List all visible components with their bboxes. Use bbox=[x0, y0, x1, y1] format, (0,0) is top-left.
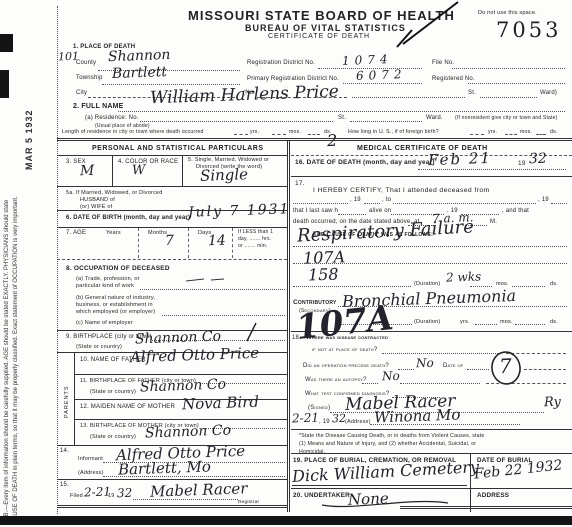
board-title: MISSOURI STATE BOARD OF HEALTH bbox=[188, 8, 455, 23]
bureau-title: BUREAU OF VITAL STATISTICS bbox=[245, 23, 406, 33]
township-value: Bartlett bbox=[112, 64, 167, 82]
autopsy-label: Was there an autopsy? bbox=[305, 377, 367, 383]
full-name-label: 2. FULL NAME bbox=[73, 103, 124, 110]
handwritten-2-mark: 2 bbox=[327, 131, 338, 150]
scan-artifact bbox=[0, 34, 13, 52]
contrib-yrs-label: yrs. bbox=[460, 319, 470, 325]
file-no-label: File No. bbox=[432, 60, 454, 66]
age-less-label-2: day, ....... hrs. bbox=[238, 236, 271, 242]
county-value: Shannon bbox=[108, 47, 171, 65]
certificate-number: 7053 bbox=[496, 18, 561, 42]
form-left-border bbox=[57, 6, 58, 514]
section-divider bbox=[57, 138, 572, 141]
burial-line bbox=[292, 485, 467, 486]
bottom-right-rule bbox=[400, 506, 572, 509]
age-label: 7. AGE bbox=[66, 230, 86, 236]
certify-and-that: , and that bbox=[502, 208, 529, 214]
column-divider bbox=[287, 140, 290, 512]
row-rule bbox=[57, 259, 287, 260]
marital-label-1: 5. Single, Married, Widowed or bbox=[188, 157, 269, 163]
mother-birthplace-state-label: (State or country) bbox=[90, 434, 136, 440]
scan-artifact bbox=[0, 70, 9, 98]
ds-line bbox=[308, 134, 320, 135]
informant-address-value: Bartlett, Mo bbox=[118, 457, 211, 478]
received-date-stamp: MAR 5 1932 bbox=[24, 109, 34, 170]
age-col-sep bbox=[232, 228, 233, 258]
residence-ward-label: Ward. bbox=[426, 115, 443, 121]
father-birthplace-value: Shannon Co bbox=[140, 377, 227, 396]
row-rule bbox=[57, 227, 287, 228]
certify-year2: , 19 bbox=[538, 197, 549, 203]
contrib-mos-label: mos. bbox=[500, 319, 513, 325]
contrib-duration-label: (Duration) bbox=[414, 319, 440, 325]
death-certificate-document: N. B.—Every item of information should b… bbox=[0, 0, 572, 527]
mother-birthplace-value: Shannon Co bbox=[145, 423, 232, 442]
date-of-line2 bbox=[524, 369, 566, 370]
age-months-value: 7 bbox=[165, 233, 174, 249]
yrs-line bbox=[234, 134, 248, 135]
color-race-label: 4. COLOR OR RACE bbox=[118, 159, 178, 165]
contrib-duration-line3 bbox=[515, 324, 545, 325]
registered-no-label: Registered No. bbox=[432, 76, 475, 82]
registered-no-line bbox=[468, 83, 565, 84]
certify-to: , to bbox=[382, 197, 391, 203]
county-label: County bbox=[76, 60, 96, 66]
age-less-label-1: If LESS than 1 bbox=[238, 229, 273, 235]
undertaker-label: 20. UNDERTAKER bbox=[293, 492, 350, 499]
occupation-a1: (a) Trade, profession, or bbox=[76, 276, 140, 282]
age-col-sep bbox=[138, 228, 139, 258]
mos-label: mos. bbox=[289, 129, 301, 135]
sign-address-line bbox=[370, 424, 520, 425]
occupation-a2: particular kind of work bbox=[76, 283, 134, 289]
filed-year-prefix: 19 bbox=[108, 493, 115, 499]
col-sep bbox=[112, 156, 113, 186]
duration-label: (Duration) bbox=[414, 281, 440, 287]
parents-label: PARENTS bbox=[64, 385, 70, 418]
mother-name-label: 12. MAIDEN NAME OF MOTHER bbox=[80, 404, 175, 410]
autopsy-line2 bbox=[400, 383, 480, 384]
duration-ds-label: ds. bbox=[550, 281, 558, 287]
signature-flourish: Ry bbox=[544, 395, 561, 411]
mother-name-value: Nova Bird bbox=[182, 393, 260, 414]
residence-street-line bbox=[350, 121, 422, 122]
certify-line bbox=[338, 214, 366, 215]
certify-statement: I HEREBY CERTIFY, That I attended deceas… bbox=[313, 187, 490, 194]
age-years-label: Years bbox=[106, 230, 121, 236]
street-line bbox=[352, 97, 465, 98]
yrs2-line bbox=[470, 134, 484, 135]
date-of-birth-label: 6. DATE OF BIRTH (month, day and year) bbox=[66, 215, 190, 221]
age-col-sep bbox=[188, 228, 189, 258]
length-of-residence-label: Length of residence in city or town wher… bbox=[62, 129, 204, 135]
date-of-line bbox=[467, 369, 489, 370]
left-header-rule bbox=[57, 155, 287, 156]
duration-value: 2 wks bbox=[446, 269, 482, 284]
nonresident-note: (If nonresident give city or town and St… bbox=[455, 115, 557, 121]
row-rule bbox=[57, 479, 287, 480]
birthplace-state-label: (State or country) bbox=[76, 344, 122, 350]
if-married-label: 5a. If Married, Widowed, or Divorced bbox=[66, 190, 162, 196]
dod-year-value: 32 bbox=[529, 151, 547, 168]
date-of-death-value: Feb 21 bbox=[428, 149, 493, 169]
father-name-value: Alfred Otto Price bbox=[130, 344, 260, 366]
ward-label: Ward) bbox=[540, 90, 557, 96]
contrib-ds-label: ds. bbox=[550, 319, 558, 325]
ward-line bbox=[480, 97, 537, 98]
occupation-b2: business, or establishment in bbox=[76, 302, 153, 308]
township-label: Township bbox=[76, 75, 103, 81]
margin-note-line1: N. B.—Every item of information should b… bbox=[4, 200, 10, 524]
not-at-place-label: if not at place of death? bbox=[312, 347, 377, 353]
dod-year-prefix: 19 bbox=[518, 160, 526, 167]
certify-line bbox=[551, 203, 567, 204]
row-rule bbox=[291, 453, 572, 454]
meridiem-label: M. bbox=[490, 219, 497, 225]
undertaker-value: None bbox=[348, 489, 389, 508]
primary-registration-line bbox=[343, 83, 422, 84]
full-name-value: William Harlens Price bbox=[150, 82, 339, 109]
footnote-line3: Homicidal. bbox=[299, 449, 325, 455]
autopsy-value: No bbox=[382, 369, 400, 384]
date-of-birth-value: July 7 1931 bbox=[188, 201, 291, 221]
scan-edge-bar bbox=[0, 516, 572, 525]
certificate-title: CERTIFICATE OF DEATH bbox=[268, 33, 370, 40]
col-sep bbox=[182, 156, 183, 186]
sign-address-label: (Address) bbox=[345, 419, 371, 425]
age-less-label-3: or ....... min. bbox=[238, 243, 267, 249]
left-bottom-rule bbox=[57, 505, 287, 508]
occupation-c: (c) Name of employer bbox=[76, 320, 133, 326]
autopsy-line bbox=[362, 383, 378, 384]
full-name-line bbox=[118, 111, 565, 112]
husband-of-label: HUSBAND of bbox=[80, 197, 115, 203]
date-circle-value: 7 bbox=[499, 354, 513, 378]
residence-label: (a) Residence: No. bbox=[85, 115, 139, 121]
mos-line bbox=[272, 134, 286, 135]
street-label: St. bbox=[468, 90, 476, 96]
occupation-b1: (b) General nature of industry, bbox=[76, 295, 155, 301]
disease-line2 bbox=[506, 353, 566, 354]
operation-line bbox=[398, 369, 414, 370]
marital-value: Single bbox=[200, 165, 249, 185]
primary-registration-value: 6072 bbox=[356, 67, 407, 83]
duration-line3 bbox=[512, 286, 545, 287]
personal-particulars-header: PERSONAL AND STATISTICAL PARTICULARS bbox=[92, 145, 263, 152]
occupation-b-line bbox=[162, 315, 285, 316]
operation-value: No bbox=[416, 356, 434, 371]
primary-registration-label: Primary Registration District No. bbox=[247, 76, 339, 82]
residence-line bbox=[140, 121, 333, 122]
occupation-title: 8. OCCUPATION OF DECEASED bbox=[66, 265, 170, 272]
undertaker-address-label: ADDRESS bbox=[477, 492, 509, 499]
sign-year-prefix: , 19 bbox=[319, 419, 330, 425]
registration-district-value: 1074 bbox=[342, 52, 393, 68]
row-rule bbox=[57, 186, 287, 187]
autopsy-line3 bbox=[486, 383, 566, 384]
registration-district-label: Registration District No. bbox=[247, 60, 315, 66]
file-no-line bbox=[452, 68, 565, 69]
footnote-line1: *State the Disease Causing Death, or in … bbox=[299, 433, 485, 439]
mos2-label: mos. bbox=[520, 129, 532, 135]
do-not-use-label: Do not use this space. bbox=[478, 10, 537, 16]
date-of-label: Date of bbox=[443, 363, 463, 369]
row-rule bbox=[74, 374, 287, 375]
registrar-signature: Mabel Racer bbox=[150, 479, 248, 500]
informant-num: 14. bbox=[60, 448, 69, 454]
cause-code2-value: 158 bbox=[308, 264, 339, 284]
certify-to-line bbox=[393, 203, 536, 204]
ds2-line bbox=[536, 134, 546, 135]
father-birthplace-state-label: (State or country) bbox=[90, 389, 136, 395]
certify-last-saw: that I last saw h bbox=[293, 208, 338, 214]
disease-line bbox=[382, 353, 500, 354]
footnote-line2: (1) Means and Nature of Injury, and (2) … bbox=[299, 441, 476, 447]
contrib-duration-line2 bbox=[475, 324, 497, 325]
age-days-value: 14 bbox=[208, 233, 226, 250]
sign-date-value: 2-21 bbox=[292, 411, 319, 426]
color-race-value: W bbox=[132, 163, 146, 178]
row-rule bbox=[291, 429, 572, 430]
city-label: City bbox=[76, 90, 87, 96]
dod-line bbox=[418, 169, 566, 170]
occupation-a-line bbox=[140, 289, 285, 290]
how-long-us-label: How long in U. S., if of foreign birth? bbox=[348, 129, 439, 135]
pen-dash-icon bbox=[186, 279, 224, 281]
mos2-line bbox=[505, 134, 517, 135]
row-rule bbox=[291, 488, 572, 489]
filed-label: Filed bbox=[70, 493, 83, 499]
occupation-b3: which employed (or employer) bbox=[76, 309, 155, 315]
informant-address-label: (Address) bbox=[78, 470, 104, 476]
certify-alive-on: alive on bbox=[369, 208, 391, 214]
certify-from-line bbox=[293, 203, 348, 204]
filed-year-value: 32 bbox=[117, 486, 133, 501]
residence-street-label: St. bbox=[338, 115, 346, 121]
operation-label: Did an operation precede death? bbox=[303, 363, 389, 369]
duration-line bbox=[293, 286, 411, 287]
ds2-label: ds. bbox=[550, 129, 558, 135]
yrs2-label: yrs. bbox=[488, 129, 497, 135]
informant-label: Informant bbox=[78, 456, 103, 462]
yrs-label: yrs. bbox=[250, 129, 259, 135]
filed-num: 15. bbox=[60, 482, 69, 488]
tick-stroke-icon bbox=[247, 323, 256, 341]
date-of-death-label: 16. DATE OF DEATH (month, day and year) bbox=[295, 159, 435, 166]
sex-value: M bbox=[80, 163, 95, 179]
certify-line bbox=[364, 203, 380, 204]
burial-col-sep bbox=[470, 453, 471, 512]
row-rule bbox=[74, 419, 287, 420]
row-rule bbox=[291, 176, 572, 177]
certify-num: 17. bbox=[295, 180, 305, 187]
certify-year1: , 19 bbox=[350, 197, 361, 203]
margin-note-line2: CAUSE OF DEATH in plain terms, so that i… bbox=[13, 196, 19, 524]
